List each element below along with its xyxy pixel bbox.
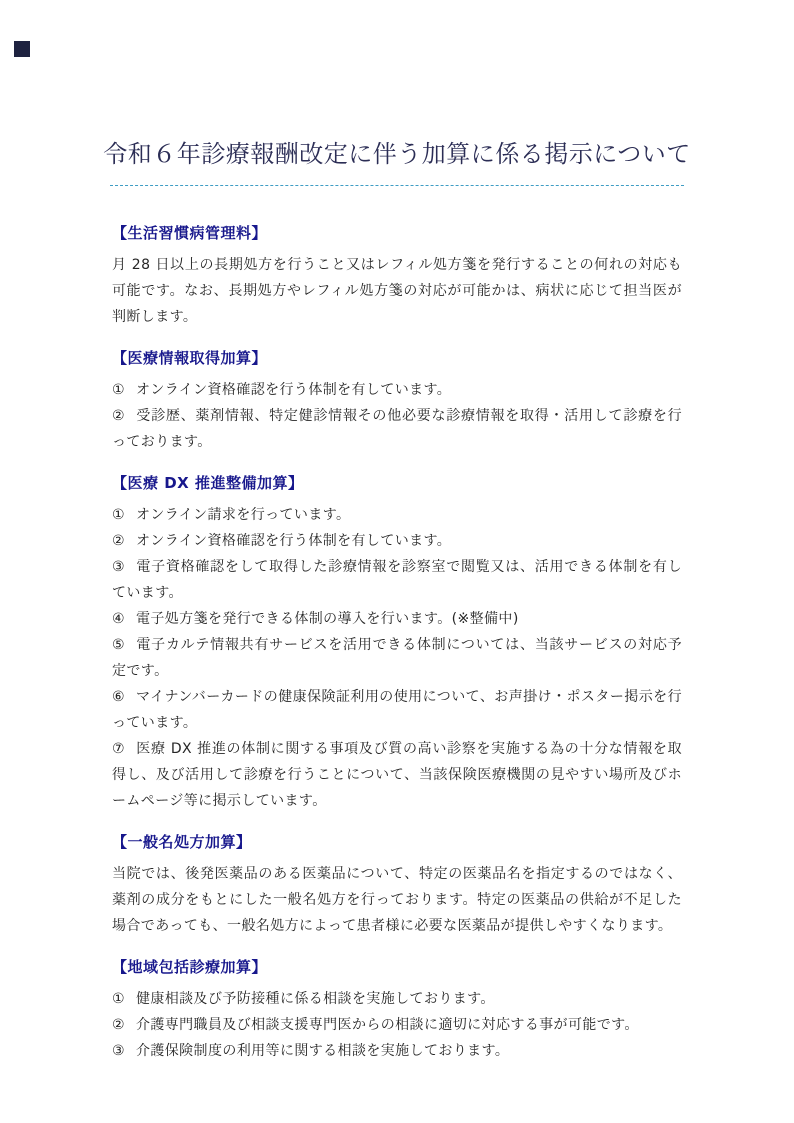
numbered-item: ③介護保険制度の利用等に関する相談を実施しております。 bbox=[112, 1038, 682, 1064]
item-text: 介護専門職員及び相談支援専門医からの相談に適切に対応する事が可能です。 bbox=[136, 1017, 639, 1033]
item-number: ⑤ bbox=[112, 637, 125, 653]
section: 【医療情報取得加算】①オンライン資格確認を行う体制を有しています。②受診歴、薬剤… bbox=[112, 347, 682, 455]
item-number: ④ bbox=[112, 611, 125, 627]
section-heading: 【生活習慣病管理料】 bbox=[112, 222, 682, 243]
item-text: 介護保険制度の利用等に関する相談を実施しております。 bbox=[136, 1043, 509, 1059]
numbered-item: ①オンライン請求を行っています。 bbox=[112, 502, 682, 528]
item-number: ① bbox=[112, 507, 125, 523]
section-heading: 【医療 DX 推進整備加算】 bbox=[112, 472, 682, 493]
item-text: 電子資格確認をして取得した診療情報を診察室で閲覧又は、活用できる体制を有していま… bbox=[112, 559, 682, 601]
item-text: オンライン請求を行っています。 bbox=[136, 507, 350, 523]
numbered-item: ②介護専門職員及び相談支援専門医からの相談に適切に対応する事が可能です。 bbox=[112, 1012, 682, 1038]
numbered-item: ②受診歴、薬剤情報、特定健診情報その他必要な診療情報を取得・活用して診療を行って… bbox=[112, 403, 682, 455]
numbered-item: ⑦医療 DX 推進の体制に関する事項及び質の高い診察を実施する為の十分な情報を取… bbox=[112, 736, 682, 814]
item-text: 電子処方箋を発行できる体制の導入を行います。(※整備中) bbox=[136, 611, 519, 627]
item-number: ① bbox=[112, 382, 125, 398]
item-number: ② bbox=[112, 1017, 125, 1033]
section: 【医療 DX 推進整備加算】①オンライン請求を行っています。②オンライン資格確認… bbox=[112, 472, 682, 814]
numbered-item: ⑤電子カルテ情報共有サービスを活用できる体制については、当該サービスの対応予定で… bbox=[112, 632, 682, 684]
numbered-item: ①健康相談及び予防接種に係る相談を実施しております。 bbox=[112, 986, 682, 1012]
document-page: 令和６年診療報酬改定に伴う加算に係る掲示について 【生活習慣病管理料】月 28 … bbox=[0, 0, 794, 1123]
item-number: ⑦ bbox=[112, 741, 125, 757]
section-heading: 【医療情報取得加算】 bbox=[112, 347, 682, 368]
section: 【地域包括診療加算】①健康相談及び予防接種に係る相談を実施しております。②介護専… bbox=[112, 956, 682, 1064]
section-heading: 【地域包括診療加算】 bbox=[112, 956, 682, 977]
paragraph: 当院では、後発医薬品のある医薬品について、特定の医薬品名を指定するのではなく、薬… bbox=[112, 861, 682, 939]
document-title: 令和６年診療報酬改定に伴う加算に係る掲示について bbox=[0, 0, 794, 169]
section-heading: 【一般名処方加算】 bbox=[112, 831, 682, 852]
numbered-item: ③電子資格確認をして取得した診療情報を診察室で閲覧又は、活用できる体制を有してい… bbox=[112, 554, 682, 606]
item-number: ③ bbox=[112, 559, 125, 575]
item-number: ② bbox=[112, 408, 125, 424]
numbered-item: ④電子処方箋を発行できる体制の導入を行います。(※整備中) bbox=[112, 606, 682, 632]
document-body: 【生活習慣病管理料】月 28 日以上の長期処方を行うこと又はレフィル処方箋を発行… bbox=[0, 222, 794, 1064]
item-text: オンライン資格確認を行う体制を有しています。 bbox=[136, 382, 451, 398]
item-number: ② bbox=[112, 533, 125, 549]
corner-mark bbox=[14, 41, 30, 57]
paragraph: 月 28 日以上の長期処方を行うこと又はレフィル処方箋を発行することの何れの対応… bbox=[112, 252, 682, 330]
item-text: 電子カルテ情報共有サービスを活用できる体制については、当該サービスの対応予定です… bbox=[112, 637, 682, 679]
item-text: 医療 DX 推進の体制に関する事項及び質の高い診察を実施する為の十分な情報を取得… bbox=[112, 741, 682, 809]
section: 【生活習慣病管理料】月 28 日以上の長期処方を行うこと又はレフィル処方箋を発行… bbox=[112, 222, 682, 330]
item-text: マイナンバーカードの健康保険証利用の使用について、お声掛け・ポスター掲示を行って… bbox=[112, 689, 682, 731]
numbered-item: ②オンライン資格確認を行う体制を有しています。 bbox=[112, 528, 682, 554]
section: 【一般名処方加算】当院では、後発医薬品のある医薬品について、特定の医薬品名を指定… bbox=[112, 831, 682, 939]
item-number: ① bbox=[112, 991, 125, 1007]
numbered-item: ⑥マイナンバーカードの健康保険証利用の使用について、お声掛け・ポスター掲示を行っ… bbox=[112, 684, 682, 736]
dashed-divider bbox=[110, 185, 684, 186]
item-number: ③ bbox=[112, 1043, 125, 1059]
item-text: 受診歴、薬剤情報、特定健診情報その他必要な診療情報を取得・活用して診療を行ってお… bbox=[112, 408, 682, 450]
item-number: ⑥ bbox=[112, 689, 125, 705]
numbered-item: ①オンライン資格確認を行う体制を有しています。 bbox=[112, 377, 682, 403]
item-text: オンライン資格確認を行う体制を有しています。 bbox=[136, 533, 451, 549]
item-text: 健康相談及び予防接種に係る相談を実施しております。 bbox=[136, 991, 495, 1007]
